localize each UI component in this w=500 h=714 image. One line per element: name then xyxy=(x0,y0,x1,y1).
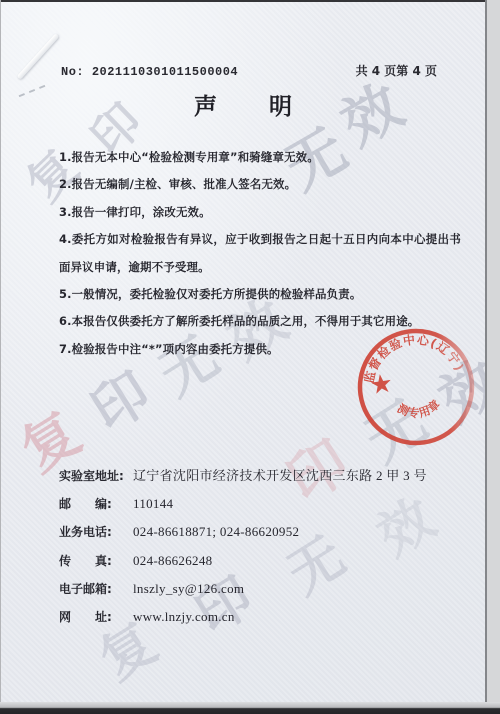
watermark-glyph: 印 xyxy=(82,363,159,440)
seal-bottom-text: 测专用章 xyxy=(393,395,444,423)
red-official-seal: 监督检验中心(辽宁) 测专用章 ★ xyxy=(337,308,495,466)
statement-item: 4.委托方如对检验报告有异议，应于收到报告之日起十五日内向本中心提出书面异议申请… xyxy=(59,226,461,281)
report-number: No: 2021110301011500004 xyxy=(61,65,238,79)
contact-label: 电子邮箱: xyxy=(59,576,133,603)
header-row: No: 2021110301011500004 共 4 页第 4 页 xyxy=(61,62,437,79)
seal-graphic: 监督检验中心(辽宁) 测专用章 ★ xyxy=(353,324,479,450)
scan-edge-top xyxy=(0,0,500,2)
scan-edge-left xyxy=(0,0,1,714)
contact-value: 024-86626248 xyxy=(133,547,212,574)
contact-label: 业务电话: xyxy=(59,519,133,546)
contact-value: lnszly_sy@126.com xyxy=(133,575,244,602)
report-number-label: No: xyxy=(61,65,84,79)
contact-value: www.lnzjy.com.cn xyxy=(133,603,235,630)
contact-row-website: 网 址: www.lnzjy.com.cn xyxy=(59,603,469,631)
contact-value: 024-86618871; 024-86620952 xyxy=(133,518,299,545)
contact-value: 辽宁省沈阳市经济技术开发区沈西三东路 2 甲 3 号 xyxy=(133,462,427,489)
contact-label: 邮 编: xyxy=(59,491,133,518)
scanned-declaration-page: 复印无效复印无效印无效复印无效 No: 2021110301011500004 … xyxy=(0,0,500,714)
lab-contact-block: 实验室地址: 辽宁省沈阳市经济技术开发区沈西三东路 2 甲 3 号 邮 编: 1… xyxy=(59,462,469,631)
statement-item: 1.报告无本中心“检验检测专用章”和骑缝章无效。 xyxy=(59,144,461,171)
statement-item: 3.报告一律打印，涂改无效。 xyxy=(59,199,461,226)
statement-item: 5.一般情况，委托检验仅对委托方所提供的检验样品负责。 xyxy=(59,281,461,308)
contact-row-postcode: 邮 编: 110144 xyxy=(59,490,469,518)
contact-row-address: 实验室地址: 辽宁省沈阳市经济技术开发区沈西三东路 2 甲 3 号 xyxy=(59,462,469,490)
contact-label: 实验室地址: xyxy=(59,463,133,490)
contact-value: 110144 xyxy=(133,490,173,517)
contact-label: 传 真: xyxy=(59,548,133,575)
page-title: 声 明 xyxy=(1,88,487,121)
paper-sheet: 复印无效复印无效印无效复印无效 No: 2021110301011500004 … xyxy=(1,2,487,704)
scan-edge-bottom xyxy=(0,702,500,714)
paper-crease xyxy=(17,33,60,79)
statement-item: 2.报告无编制/主检、审核、批准人签名无效。 xyxy=(59,171,461,198)
page-count: 共 4 页第 4 页 xyxy=(356,62,437,79)
star-icon: ★ xyxy=(368,368,395,401)
contact-row-phone: 业务电话: 024-86618871; 024-86620952 xyxy=(59,518,469,546)
contact-label: 网 址: xyxy=(59,604,133,631)
report-number-value: 2021110301011500004 xyxy=(92,65,238,79)
contact-row-fax: 传 真: 024-86626248 xyxy=(59,547,469,575)
contact-row-email: 电子邮箱: lnszly_sy@126.com xyxy=(59,575,469,603)
scan-edge-right xyxy=(485,0,500,714)
